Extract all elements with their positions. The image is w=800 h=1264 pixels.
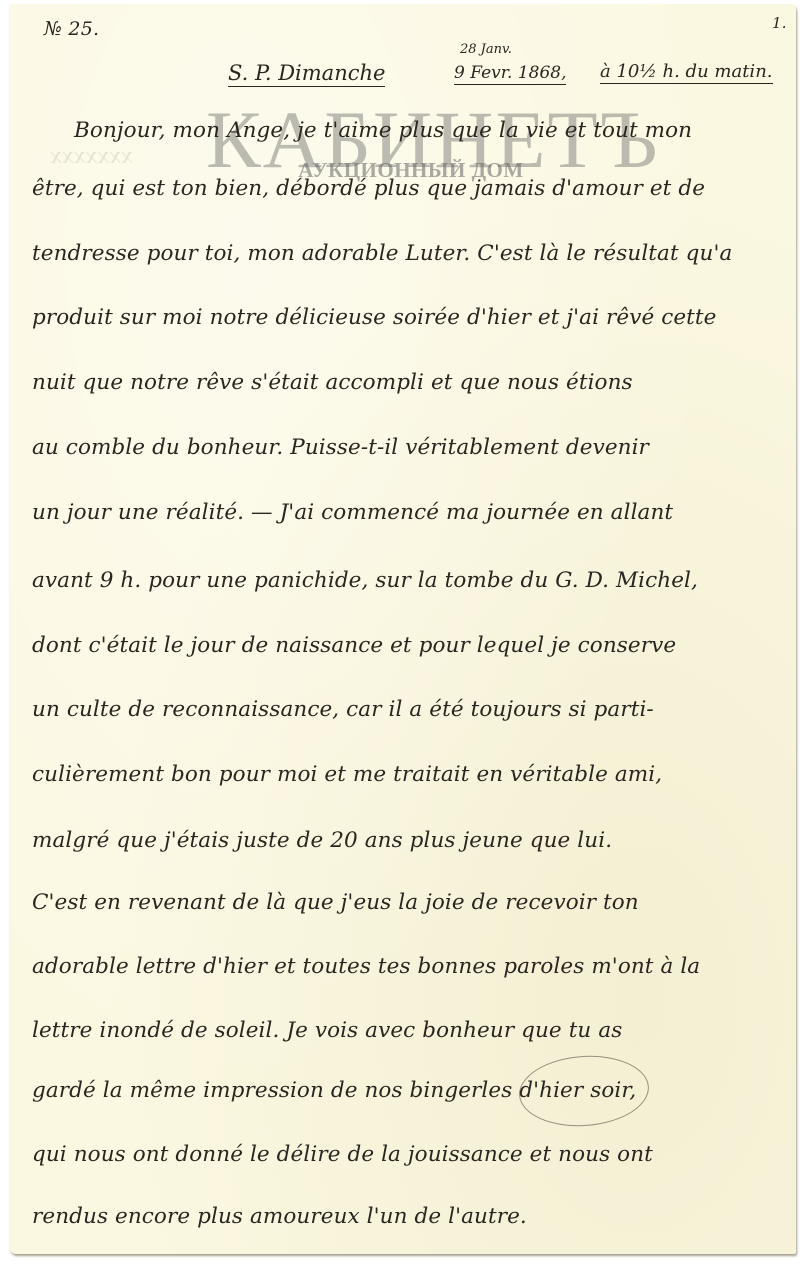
page-number-label: № 25. [44,18,99,40]
letter-line: avant 9 h. pour une panichide, sur la to… [32,568,698,593]
letter-line: rendus encore plus amoureux l'un de l'au… [32,1204,527,1229]
dateline-date-old-style: 28 Janv. [460,42,512,58]
dateline-place: S. P. Dimanche [228,61,385,87]
letter-line: un jour une réalité. — J'ai commencé ma … [32,500,673,525]
letter-line: adorable lettre d'hier et toutes tes bon… [32,954,700,979]
bleed-through-text: xxxxxxx [50,144,133,168]
letter-sheet: xxxxxxx № 25. 1. S. P. Dimanche 28 Janv.… [10,4,796,1254]
dateline-date-new-style: 9 Fevr. 1868, [454,63,566,85]
pencil-circle-annotation [517,1052,652,1131]
dateline: S. P. Dimanche 28 Janv. 9 Fevr. 1868, à … [228,42,800,92]
letter-line: Bonjour, mon Ange, je t'aime plus que la… [74,118,692,143]
letter-line: nuit que notre rêve s'était accompli et … [32,370,633,395]
letter-line: dont c'était le jour de naissance et pou… [32,633,676,658]
letter-line: produit sur moi notre délicieuse soirée … [32,305,716,330]
letter-line: au comble du bonheur. Puisse-t-il vérita… [32,435,649,460]
letter-line: culièrement bon pour moi et me traitait … [32,762,662,787]
letter-line: tendresse pour toi, mon adorable Luter. … [32,241,732,266]
letter-line: lettre inondé de soleil. Je vois avec bo… [32,1018,622,1043]
letter-line: être, qui est ton bien, débordé plus que… [32,176,705,201]
letter-line: C'est en revenant de là que j'eus la joi… [32,890,639,915]
letter-line: malgré que j'étais juste de 20 ans plus … [32,828,612,853]
folio-number: 1. [772,14,787,32]
dateline-time: à 10½ h. du matin. [600,61,773,84]
letter-line: qui nous ont donné le délire de la jouis… [32,1142,653,1167]
letter-line: un culte de reconnaissance, car il a été… [32,697,654,722]
